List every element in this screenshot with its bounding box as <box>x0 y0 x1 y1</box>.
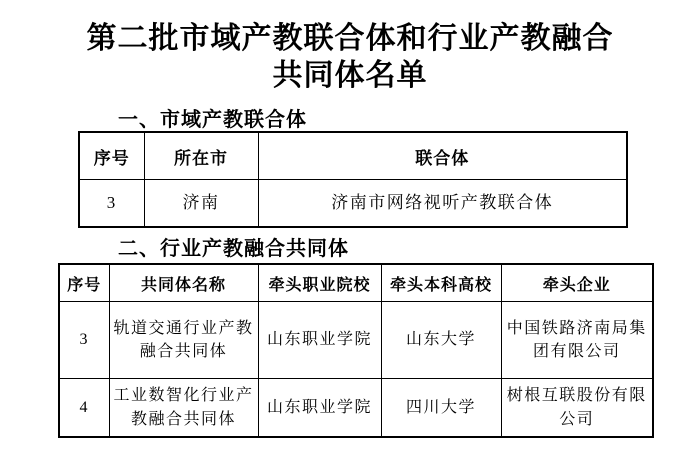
column-header-lead-university: 牵头本科高校 <box>381 264 501 302</box>
cell-consortium: 济南市网络视听产教联合体 <box>258 180 627 228</box>
city-consortium-table: 序号 所在市 联合体 3 济南 济南市网络视听产教联合体 <box>78 131 628 228</box>
column-header-city: 所在市 <box>144 132 258 180</box>
section-heading-industry-community: 二、行业产教融合共同体 <box>118 232 349 261</box>
cell-serial: 3 <box>59 302 109 379</box>
column-header-serial: 序号 <box>79 132 144 180</box>
cell-lead-vocational-college: 山东职业学院 <box>258 302 381 379</box>
cell-city: 济南 <box>144 180 258 228</box>
section-heading-city-consortium: 一、市域产教联合体 <box>118 103 307 132</box>
cell-serial: 3 <box>79 180 144 228</box>
document-title-line2: 共同体名单 <box>0 57 700 94</box>
cell-lead-enterprise: 中国铁路济南局集团有限公司 <box>501 302 653 379</box>
document-title: 第二批市域产教联合体和行业产教融合 共同体名单 <box>0 20 700 94</box>
cell-lead-vocational-college: 山东职业学院 <box>258 379 381 438</box>
table-row: 3 济南 济南市网络视听产教联合体 <box>79 180 627 228</box>
document-page: 第二批市域产教联合体和行业产教融合 共同体名单 一、市域产教联合体 序号 所在市… <box>0 0 700 467</box>
document-title-line1: 第二批市域产教联合体和行业产教融合 <box>0 20 700 57</box>
table-header-row: 序号 共同体名称 牵头职业院校 牵头本科高校 牵头企业 <box>59 264 653 302</box>
column-header-lead-enterprise: 牵头企业 <box>501 264 653 302</box>
column-header-lead-vocational-college: 牵头职业院校 <box>258 264 381 302</box>
table-row: 4 工业数智化行业产教融合共同体 山东职业学院 四川大学 树根互联股份有限公司 <box>59 379 653 438</box>
column-header-consortium: 联合体 <box>258 132 627 180</box>
industry-community-table: 序号 共同体名称 牵头职业院校 牵头本科高校 牵头企业 3 轨道交通行业产教融合… <box>58 263 654 438</box>
cell-lead-university: 山东大学 <box>381 302 501 379</box>
table-header-row: 序号 所在市 联合体 <box>79 132 627 180</box>
column-header-serial: 序号 <box>59 264 109 302</box>
column-header-community-name: 共同体名称 <box>109 264 258 302</box>
cell-serial: 4 <box>59 379 109 438</box>
cell-community-name: 工业数智化行业产教融合共同体 <box>109 379 258 438</box>
cell-lead-enterprise: 树根互联股份有限公司 <box>501 379 653 438</box>
cell-lead-university: 四川大学 <box>381 379 501 438</box>
cell-community-name: 轨道交通行业产教融合共同体 <box>109 302 258 379</box>
table-row: 3 轨道交通行业产教融合共同体 山东职业学院 山东大学 中国铁路济南局集团有限公… <box>59 302 653 379</box>
